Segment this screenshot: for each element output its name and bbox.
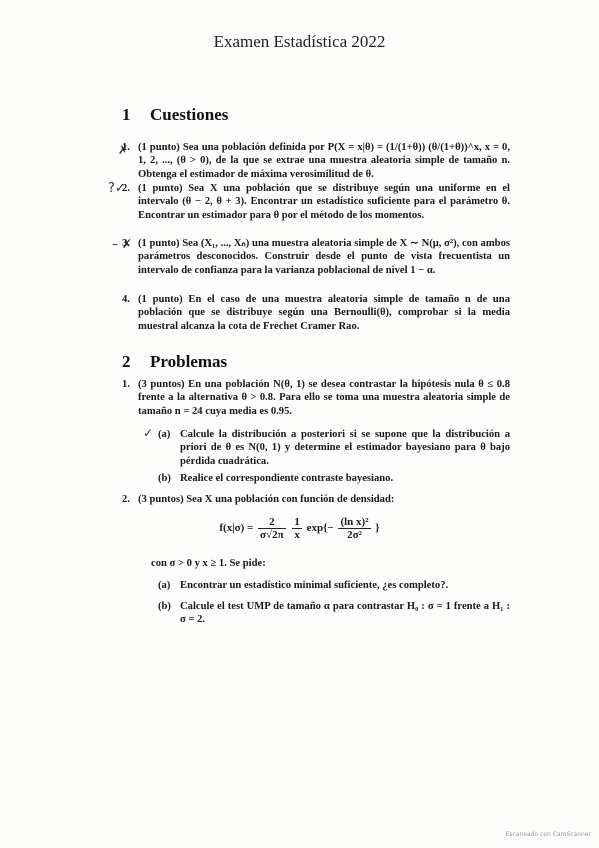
formula-lhs: f(x|σ) = bbox=[219, 522, 253, 534]
numerator: 1 bbox=[292, 516, 302, 529]
problem-1-part-a: (a) Calcule la distribución a posteriori… bbox=[180, 428, 510, 468]
problem-label: 1. bbox=[122, 378, 130, 391]
question-label: 1. bbox=[122, 141, 130, 154]
subitem-text: Calcule el test UMP de tamaño α para con… bbox=[180, 601, 510, 625]
problem-2: 2. (3 puntos) Sea X una población con fu… bbox=[138, 493, 510, 506]
problem-text: (3 puntos) En una población N(θ, 1) se d… bbox=[138, 379, 510, 417]
question-label: 2. bbox=[122, 182, 130, 195]
question-2: 2. (1 punto) Sea X una población que se … bbox=[138, 182, 510, 222]
problem-2-conditions: con σ > 0 y x ≥ 1. Se pide: bbox=[151, 557, 511, 570]
scanner-watermark: Escaneado con CamScanner bbox=[506, 831, 591, 838]
question-label: 3. bbox=[122, 237, 130, 250]
question-text: (1 punto) Sea X una población que se dis… bbox=[138, 183, 510, 221]
fraction: 2σ√2π bbox=[258, 516, 286, 541]
density-formula: f(x|σ) = 2σ√2π 1x exp{− (ln x)²2σ² } bbox=[0, 516, 599, 541]
section-title: Problemas bbox=[150, 352, 227, 371]
problem-1: 1. (3 puntos) En una población N(θ, 1) s… bbox=[138, 378, 510, 418]
exp-prefix: exp{− bbox=[307, 522, 334, 534]
denominator: 2σ² bbox=[338, 529, 370, 541]
subitem-label: (b) bbox=[158, 472, 171, 485]
question-text: (1 punto) En el caso de una muestra alea… bbox=[138, 294, 510, 332]
subitem-label: (b) bbox=[158, 600, 171, 613]
fraction: (ln x)²2σ² bbox=[338, 516, 370, 541]
exp-suffix: } bbox=[375, 522, 379, 534]
subitem-label: (a) bbox=[158, 428, 170, 441]
handwritten-check-mark: ✓ bbox=[143, 426, 153, 440]
subitem-text: Realice el correspondiente contraste bay… bbox=[180, 473, 393, 484]
subitem-text: Encontrar un estadístico minimal suficie… bbox=[180, 580, 448, 591]
question-1: 1. (1 punto) Sea una población definida … bbox=[138, 141, 510, 181]
problem-1-part-b: (b) Realice el correspondiente contraste… bbox=[180, 472, 510, 485]
section-heading-cuestiones: 1Cuestiones bbox=[122, 105, 228, 125]
section-title: Cuestiones bbox=[150, 105, 228, 124]
problem-2-part-a: (a) Encontrar un estadístico minimal suf… bbox=[180, 579, 510, 592]
problem-text: (3 puntos) Sea X una población con funci… bbox=[138, 494, 394, 505]
question-3: 3. (1 punto) Sea (X₁, ..., Xₙ) una muest… bbox=[138, 237, 510, 277]
section-number: 2 bbox=[122, 352, 150, 372]
question-text: (1 punto) Sea una población definida por… bbox=[138, 142, 510, 180]
subitem-label: (a) bbox=[158, 579, 170, 592]
section-heading-problemas: 2Problemas bbox=[122, 352, 227, 372]
question-label: 4. bbox=[122, 293, 130, 306]
question-4: 4. (1 punto) En el caso de una muestra a… bbox=[138, 293, 510, 333]
problem-2-part-b: (b) Calcule el test UMP de tamaño α para… bbox=[180, 600, 510, 627]
numerator: (ln x)² bbox=[338, 516, 370, 529]
problem-label: 2. bbox=[122, 493, 130, 506]
section-number: 1 bbox=[122, 105, 150, 125]
denominator: x bbox=[292, 529, 302, 541]
denominator: σ√2π bbox=[258, 529, 286, 541]
subitem-text: Calcule la distribución a posteriori si … bbox=[180, 429, 510, 467]
question-text: (1 punto) Sea (X₁, ..., Xₙ) una muestra … bbox=[138, 238, 510, 276]
numerator: 2 bbox=[258, 516, 286, 529]
fraction: 1x bbox=[292, 516, 302, 541]
exam-title: Examen Estadística 2022 bbox=[0, 32, 599, 52]
